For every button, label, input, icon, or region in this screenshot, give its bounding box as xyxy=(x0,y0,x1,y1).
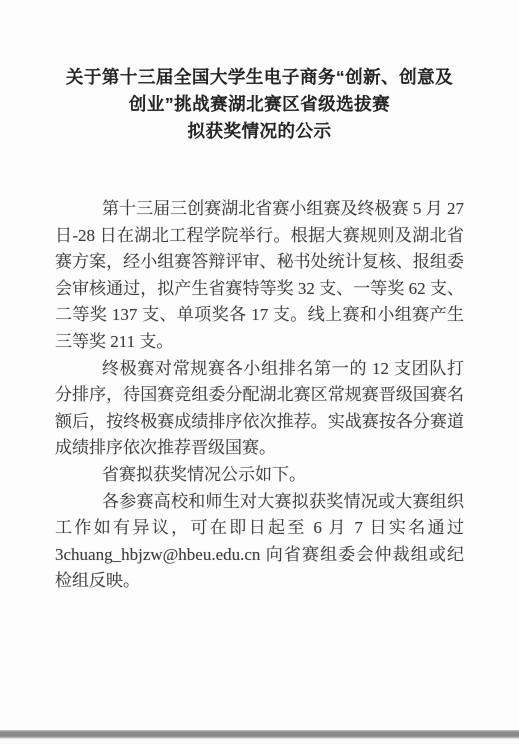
document-title: 关于第十三届全国大学生电子商务“创新、创意及 创业”挑战赛湖北赛区省级选拔赛 拟… xyxy=(38,64,481,145)
document-viewport: 关于第十三届全国大学生电子商务“创新、创意及 创业”挑战赛湖北赛区省级选拔赛 拟… xyxy=(0,0,519,744)
next-page-edge xyxy=(0,738,519,744)
appeal-notice-text-before: 各参赛高校和师生对大赛拟获奖情况或大赛组织工作如有异议，可在即日起至 6 月 7… xyxy=(55,492,464,538)
page-separator-bar xyxy=(0,730,519,738)
contact-email: 3chuang_hbjzw@hbeu.edu.cn xyxy=(55,545,260,564)
title-line-2: 创业”挑战赛湖北赛区省级选拔赛 xyxy=(38,91,481,118)
document-page: 关于第十三届全国大学生电子商务“创新、创意及 创业”挑战赛湖北赛区省级选拔赛 拟… xyxy=(0,0,519,731)
title-line-3: 拟获奖情况的公示 xyxy=(38,118,481,145)
paragraph-event-results: 第十三届三创赛湖北省赛小组赛及终极赛 5 月 27 日-28 日在湖北工程学院举… xyxy=(55,196,464,356)
document-body: 第十三届三创赛湖北省赛小组赛及终极赛 5 月 27 日-28 日在湖北工程学院举… xyxy=(55,196,464,595)
title-line-1: 关于第十三届全国大学生电子商务“创新、创意及 xyxy=(38,64,481,91)
paragraph-announcement-intro: 省赛拟获奖情况公示如下。 xyxy=(55,462,464,489)
paragraph-final-ranking: 终极赛对常规赛各小组排名第一的 12 支团队打分排序，待国赛竞组委分配湖北赛区常… xyxy=(55,356,464,462)
paragraph-appeal-notice: 各参赛高校和师生对大赛拟获奖情况或大赛组织工作如有异议，可在即日起至 6 月 7… xyxy=(55,489,464,595)
